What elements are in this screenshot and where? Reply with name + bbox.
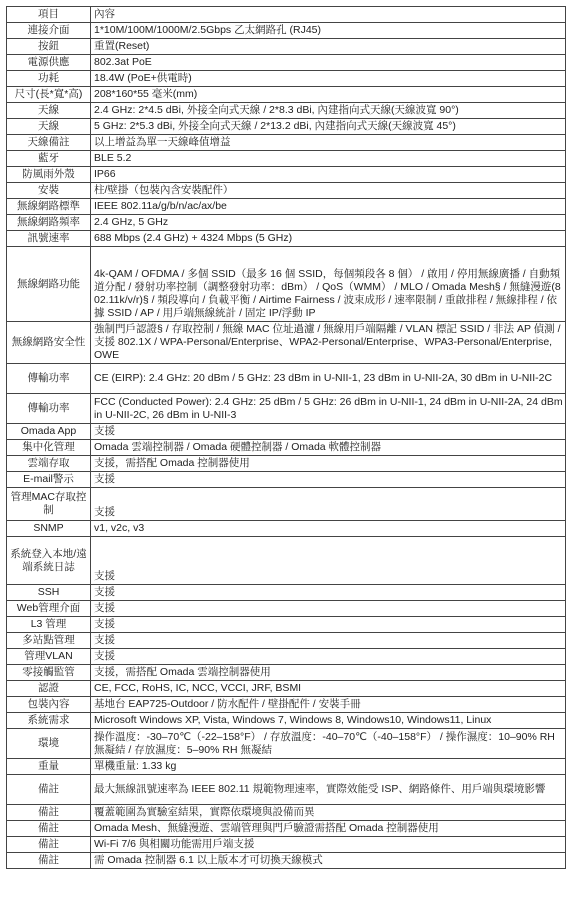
- table-row: 零接觸監管支援，需搭配 Omada 雲端控制器使用: [7, 665, 566, 681]
- table-row: 藍牙BLE 5.2: [7, 151, 566, 167]
- spec-label: 重量: [7, 759, 91, 775]
- table-row: 重量單機重量: 1.33 kg: [7, 759, 566, 775]
- spec-value: 支援: [91, 633, 566, 649]
- spec-value: 柱/壁掛（包裝內含安裝配件）: [91, 183, 566, 199]
- spec-label: 訊號速率: [7, 231, 91, 247]
- table-row: 無線網路功能4k-QAM / OFDMA / 多個 SSID（最多 16 個 S…: [7, 247, 566, 322]
- spec-label: 電源供應: [7, 55, 91, 71]
- table-row: Web管理介面支援: [7, 601, 566, 617]
- table-row: 天線2.4 GHz: 2*4.5 dBi, 外接全向式天線 / 2*8.3 dB…: [7, 103, 566, 119]
- spec-value: 需 Omada 控制器 6.1 以上版本才可切換天線模式: [91, 853, 566, 869]
- table-row: 無線網路標準IEEE 802.11a/g/b/n/ac/ax/be: [7, 199, 566, 215]
- spec-value: 單機重量: 1.33 kg: [91, 759, 566, 775]
- spec-label: 天線: [7, 119, 91, 135]
- table-row: 無線網路頻率2.4 GHz, 5 GHz: [7, 215, 566, 231]
- spec-value: 18.4W (PoE+供電時): [91, 71, 566, 87]
- spec-label: 包裝內容: [7, 697, 91, 713]
- spec-value: 支援: [91, 424, 566, 440]
- spec-value: 支援: [91, 617, 566, 633]
- table-row: 天線5 GHz: 2*5.3 dBi, 外接全向式天線 / 2*13.2 dBi…: [7, 119, 566, 135]
- table-row: 備註最大無線訊號速率為 IEEE 802.11 規範物理速率，實際效能受 ISP…: [7, 775, 566, 805]
- spec-label: 備註: [7, 775, 91, 805]
- spec-label: 連接介面: [7, 23, 91, 39]
- spec-value: BLE 5.2: [91, 151, 566, 167]
- spec-value: 支援，需搭配 Omada 控制器使用: [91, 456, 566, 472]
- spec-value: 802.3at PoE: [91, 55, 566, 71]
- spec-value: FCC (Conducted Power): 2.4 GHz: 25 dBm /…: [91, 394, 566, 424]
- spec-value: 支援: [91, 537, 566, 585]
- spec-label: L3 管理: [7, 617, 91, 633]
- spec-value: 1*10M/100M/1000M/2.5Gbps 乙太網路孔 (RJ45): [91, 23, 566, 39]
- spec-label: 防風雨外殼: [7, 167, 91, 183]
- spec-label: 集中化管理: [7, 440, 91, 456]
- spec-label: 天線: [7, 103, 91, 119]
- spec-value: 支援: [91, 649, 566, 665]
- spec-label: 備註: [7, 853, 91, 869]
- spec-label: 無線網路頻率: [7, 215, 91, 231]
- spec-label: 系統需求: [7, 713, 91, 729]
- spec-label: 管理MAC存取控制: [7, 488, 91, 521]
- spec-label: SSH: [7, 585, 91, 601]
- table-row: 按鈕重置(Reset): [7, 39, 566, 55]
- table-row: SSH支援: [7, 585, 566, 601]
- header-item-label: 項目: [7, 7, 91, 23]
- spec-value: 覆蓋範圍為實驗室結果，實際依環境與設備而異: [91, 805, 566, 821]
- table-row: 功耗18.4W (PoE+供電時): [7, 71, 566, 87]
- spec-value: 基地台 EAP725-Outdoor / 防水配件 / 壁掛配件 / 安裝手冊: [91, 697, 566, 713]
- table-row: 認證CE, FCC, RoHS, IC, NCC, VCCI, JRF, BSM…: [7, 681, 566, 697]
- spec-label: 備註: [7, 805, 91, 821]
- spec-value: 最大無線訊號速率為 IEEE 802.11 規範物理速率，實際效能受 ISP、網…: [91, 775, 566, 805]
- table-row: SNMPv1, v2c, v3: [7, 521, 566, 537]
- spec-label: 按鈕: [7, 39, 91, 55]
- spec-table: 項目 內容 連接介面1*10M/100M/1000M/2.5Gbps 乙太網路孔…: [6, 6, 566, 869]
- table-row: 防風雨外殼IP66: [7, 167, 566, 183]
- table-row: 備註需 Omada 控制器 6.1 以上版本才可切換天線模式: [7, 853, 566, 869]
- spec-table-body: 項目 內容 連接介面1*10M/100M/1000M/2.5Gbps 乙太網路孔…: [7, 7, 566, 869]
- spec-value: 2.4 GHz, 5 GHz: [91, 215, 566, 231]
- spec-label: 傳輸功率: [7, 394, 91, 424]
- table-row: 電源供應802.3at PoE: [7, 55, 566, 71]
- table-row: 無線網路安全性強制門戶認證§ / 存取控制 / 無線 MAC 位址過濾 / 無線…: [7, 322, 566, 364]
- spec-label: 無線網路標準: [7, 199, 91, 215]
- table-row: 安裝柱/壁掛（包裝內含安裝配件）: [7, 183, 566, 199]
- spec-value: 支援: [91, 472, 566, 488]
- spec-value: 支援: [91, 585, 566, 601]
- spec-value: 688 Mbps (2.4 GHz) + 4324 Mbps (5 GHz): [91, 231, 566, 247]
- spec-label: 無線網路安全性: [7, 322, 91, 364]
- spec-label: 認證: [7, 681, 91, 697]
- table-row: 多站點管理支援: [7, 633, 566, 649]
- spec-label: 系統登入本地/遠端系統日誌: [7, 537, 91, 585]
- spec-label: 備註: [7, 837, 91, 853]
- table-row: 系統登入本地/遠端系統日誌支援: [7, 537, 566, 585]
- spec-label: E-mail警示: [7, 472, 91, 488]
- table-header-row: 項目 內容: [7, 7, 566, 23]
- spec-value: 以上增益為單一天線峰值增益: [91, 135, 566, 151]
- table-row: 管理VLAN支援: [7, 649, 566, 665]
- spec-value: 5 GHz: 2*5.3 dBi, 外接全向式天線 / 2*13.2 dBi, …: [91, 119, 566, 135]
- table-row: 備註Wi-Fi 7/6 與相關功能需用戶端支援: [7, 837, 566, 853]
- spec-value: 強制門戶認證§ / 存取控制 / 無線 MAC 位址過濾 / 無線用戶端隔離 /…: [91, 322, 566, 364]
- spec-label: 無線網路功能: [7, 247, 91, 322]
- spec-label: 雲端存取: [7, 456, 91, 472]
- table-row: 連接介面1*10M/100M/1000M/2.5Gbps 乙太網路孔 (RJ45…: [7, 23, 566, 39]
- spec-value: 支援: [91, 601, 566, 617]
- spec-value: Wi-Fi 7/6 與相關功能需用戶端支援: [91, 837, 566, 853]
- table-row: 集中化管理Omada 雲端控制器 / Omada 硬體控制器 / Omada 軟…: [7, 440, 566, 456]
- spec-label: 天線備註: [7, 135, 91, 151]
- spec-value: 2.4 GHz: 2*4.5 dBi, 外接全向式天線 / 2*8.3 dBi,…: [91, 103, 566, 119]
- spec-value: IP66: [91, 167, 566, 183]
- spec-value: Omada 雲端控制器 / Omada 硬體控制器 / Omada 軟體控制器: [91, 440, 566, 456]
- table-row: 傳輸功率FCC (Conducted Power): 2.4 GHz: 25 d…: [7, 394, 566, 424]
- table-row: E-mail警示支援: [7, 472, 566, 488]
- table-row: 管理MAC存取控制支援: [7, 488, 566, 521]
- table-row: 系統需求Microsoft Windows XP, Vista, Windows…: [7, 713, 566, 729]
- spec-value: 重置(Reset): [91, 39, 566, 55]
- table-row: 傳輸功率CE (EIRP): 2.4 GHz: 20 dBm / 5 GHz: …: [7, 364, 566, 394]
- spec-label: 管理VLAN: [7, 649, 91, 665]
- spec-value: 208*160*55 毫米(mm): [91, 87, 566, 103]
- spec-value: 支援，需搭配 Omada 雲端控制器使用: [91, 665, 566, 681]
- table-row: 備註Omada Mesh、無縫漫遊、雲端管理與門戶驗證需搭配 Omada 控制器…: [7, 821, 566, 837]
- header-content-label: 內容: [91, 7, 566, 23]
- table-row: 雲端存取支援，需搭配 Omada 控制器使用: [7, 456, 566, 472]
- spec-label: 環境: [7, 729, 91, 759]
- spec-label: 多站點管理: [7, 633, 91, 649]
- table-row: 訊號速率688 Mbps (2.4 GHz) + 4324 Mbps (5 GH…: [7, 231, 566, 247]
- table-row: 天線備註以上增益為單一天線峰值增益: [7, 135, 566, 151]
- spec-value: v1, v2c, v3: [91, 521, 566, 537]
- spec-label: 備註: [7, 821, 91, 837]
- spec-value: IEEE 802.11a/g/b/n/ac/ax/be: [91, 199, 566, 215]
- table-row: 備註覆蓋範圍為實驗室結果，實際依環境與設備而異: [7, 805, 566, 821]
- spec-value: 4k-QAM / OFDMA / 多個 SSID（最多 16 個 SSID，每個…: [91, 247, 566, 322]
- spec-label: 安裝: [7, 183, 91, 199]
- spec-value: 操作溫度：-30–70℃（-22–158°F） / 存放溫度：-40–70℃（-…: [91, 729, 566, 759]
- spec-label: 功耗: [7, 71, 91, 87]
- spec-value: Microsoft Windows XP, Vista, Windows 7, …: [91, 713, 566, 729]
- spec-label: 零接觸監管: [7, 665, 91, 681]
- table-row: Omada App支援: [7, 424, 566, 440]
- spec-label: 尺寸(長*寬*高): [7, 87, 91, 103]
- spec-label: Omada App: [7, 424, 91, 440]
- spec-label: Web管理介面: [7, 601, 91, 617]
- table-row: 包裝內容基地台 EAP725-Outdoor / 防水配件 / 壁掛配件 / 安…: [7, 697, 566, 713]
- spec-label: 傳輸功率: [7, 364, 91, 394]
- spec-value: CE (EIRP): 2.4 GHz: 20 dBm / 5 GHz: 23 d…: [91, 364, 566, 394]
- spec-value: 支援: [91, 488, 566, 521]
- spec-value: CE, FCC, RoHS, IC, NCC, VCCI, JRF, BSMI: [91, 681, 566, 697]
- table-row: L3 管理支援: [7, 617, 566, 633]
- table-row: 環境操作溫度：-30–70℃（-22–158°F） / 存放溫度：-40–70℃…: [7, 729, 566, 759]
- spec-label: 藍牙: [7, 151, 91, 167]
- spec-label: SNMP: [7, 521, 91, 537]
- spec-value: Omada Mesh、無縫漫遊、雲端管理與門戶驗證需搭配 Omada 控制器使用: [91, 821, 566, 837]
- table-row: 尺寸(長*寬*高)208*160*55 毫米(mm): [7, 87, 566, 103]
